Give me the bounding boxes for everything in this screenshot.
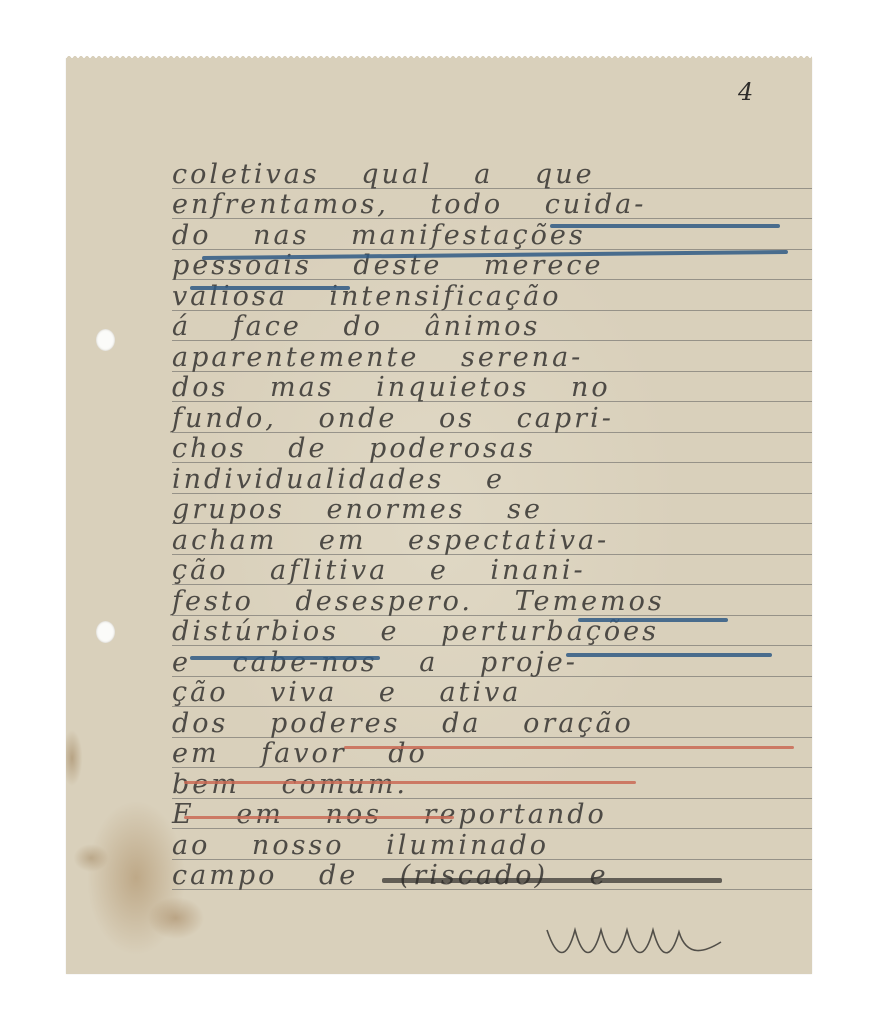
text-line: enfrentamos, todo cuida- <box>172 190 812 220</box>
text-line: campo de (riscado) e <box>172 861 812 891</box>
text-line: coletivas qual a que <box>172 160 812 190</box>
text-line: E em nos reportando <box>172 800 812 830</box>
strikethrough-scribble <box>382 878 722 883</box>
text-line: ção viva e ativa <box>172 678 812 708</box>
text-line: á face do ânimos <box>172 312 812 342</box>
text-line: aparentemente serena- <box>172 343 812 373</box>
blue-underline <box>550 224 780 228</box>
text-line: ao nosso iluminado <box>172 831 812 861</box>
text-line: ção aflitiva e inani- <box>172 556 812 586</box>
blue-underline <box>190 286 350 290</box>
punch-hole-bottom <box>96 621 115 643</box>
page-number: 4 <box>738 78 753 106</box>
text-line: acham em espectativa- <box>172 526 812 556</box>
text-line: em favor do <box>172 739 812 769</box>
text-line: festo desespero. Tememos <box>172 587 812 617</box>
text-line: individualidades e <box>172 465 812 495</box>
blue-underline <box>578 618 728 622</box>
text-line: chos de poderosas <box>172 434 812 464</box>
text-line: dos poderes da oração <box>172 709 812 739</box>
red-underline <box>184 816 454 819</box>
manuscript-page: 4 coletivas qual a que enfrentamos, todo… <box>66 58 812 974</box>
punch-hole-top <box>96 329 115 351</box>
squiggle-mark <box>545 920 725 960</box>
text-line: grupos enormes se <box>172 495 812 525</box>
blue-underline <box>190 656 380 660</box>
red-underline <box>344 746 794 749</box>
text-line: dos mas inquietos no <box>172 373 812 403</box>
text-line: bem comum. <box>172 770 812 800</box>
red-underline <box>184 781 636 784</box>
text-line: fundo, onde os capri- <box>172 404 812 434</box>
blue-underline <box>566 653 772 657</box>
